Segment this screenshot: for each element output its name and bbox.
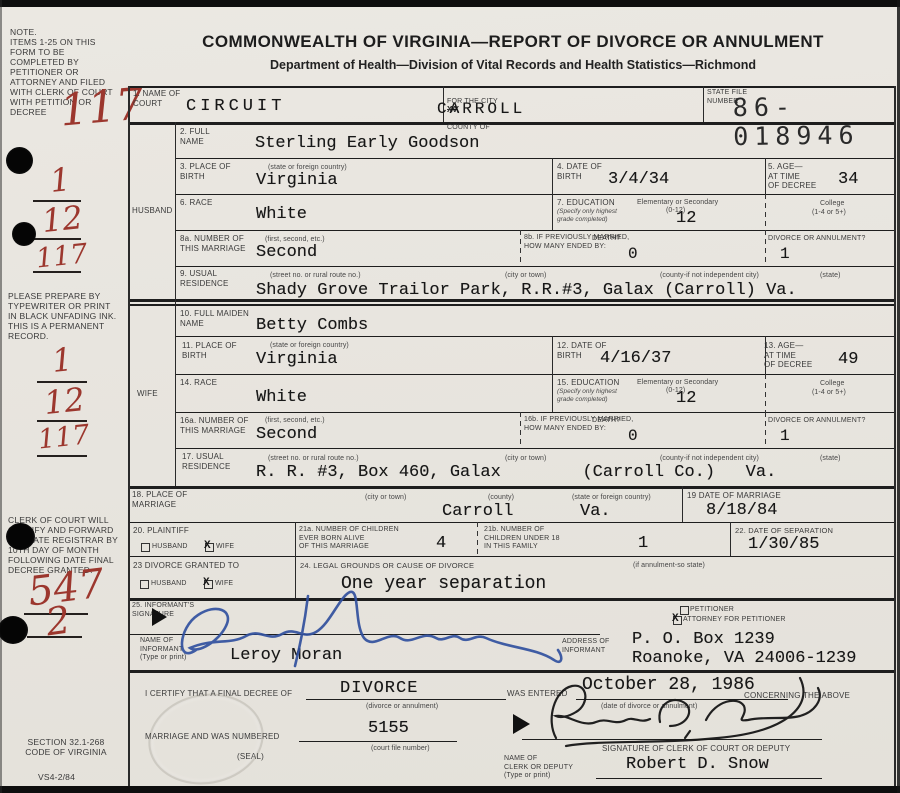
wife-birthplace-label: 11. PLACE OF BIRTH [182,341,237,360]
grid-line [175,158,896,159]
husband-marriage-number-label: 8a. NUMBER OF THIS MARRIAGE [180,234,246,253]
wife-marriage-number-hint: (first, second, etc.) [265,417,325,424]
grid-line [175,122,176,486]
informant-signature-handwriting [168,588,568,673]
husband-age-label: 5. AGE— AT TIME OF DECREE [768,162,816,191]
wife-section-label: WIFE [137,389,158,399]
grid-line [128,522,896,523]
grid-line [175,374,896,375]
decree-hint: (divorce or annulment) [366,703,438,710]
handwritten-number: 1 [48,163,72,197]
place-of-marriage-hint-county: (county) [488,494,514,501]
attorney-label: ATTORNEY FOR PETITIONER [683,616,786,625]
husband-residence-value: Shady Grove Trailor Park, R.R.#3, Galax … [256,281,797,300]
wife-divorce-ended-value: 1 [780,427,790,445]
husband-residence-hint-street: (street no. or rural route no.) [270,272,361,279]
wife-age-value: 49 [838,350,858,369]
scan-edge-top [0,0,900,7]
wife-residence-value: R. R. #3, Box 460, Galax (Carroll Co.) V… [256,463,776,482]
handwritten-underline [37,455,87,457]
grid-line [175,230,896,231]
wife-residence-hint-county: (county-if not independent city) [660,455,759,462]
punch-hole [12,222,36,246]
embossed-seal [141,685,271,793]
clerk-name-value: Robert D. Snow [626,755,769,774]
wife-education-label: 15. EDUCATION [557,378,619,388]
separation-date-value: 1/30/85 [748,535,819,554]
form-title: COMMONWEALTH OF VIRGINIA—REPORT OF DIVOR… [130,32,896,52]
wife-education-college-label: College [820,380,844,387]
clerk-name-underline [596,778,822,779]
clerk-name-label: NAME OF CLERK OR DEPUTY (Type or print) [504,755,573,781]
form-subtitle: Department of Health—Division of Vital R… [130,58,896,72]
plaintiff-label: 20. PLAINTIFF [133,526,189,536]
wife-name-value: Betty Combs [256,316,368,335]
wife-divorce-ended-label: DIVORCE OR ANNULMENT? [768,417,866,426]
marriage-state-value: Va. [580,502,611,521]
husband-marriage-number-value: Second [256,243,317,262]
county-value: CARROLL [437,100,525,118]
husband-education-label: 7. EDUCATION [557,198,615,208]
scan-edge-bottom [0,786,900,793]
court-label: 1. NAME OF COURT [133,89,180,108]
husband-race-label: 6. RACE [180,198,213,208]
plaintiff-wife-checkmark: X [204,540,211,552]
margin-note-typewriter: PLEASE PREPARE BY TYPEWRITER OR PRINT IN… [8,291,128,341]
children-under18-label: 21b. NUMBER OF CHILDREN UNDER 18 IN THIS… [484,526,560,552]
handwritten-number: 12 [40,201,84,237]
city-county-label-post: COUNTY OF [447,124,490,131]
grid-line [520,230,521,266]
decree-underline [306,699,506,700]
wife-race-value: White [256,388,307,407]
informant-address-line2: Roanoke, VA 24006-1239 [632,649,856,668]
children-born-value: 4 [436,534,446,553]
handwritten-number: 1 [50,343,74,377]
grid-line [730,522,731,556]
arrow-right-icon [152,608,167,626]
state-file-number: 86-018946 [733,91,900,151]
wife-birthplace-hint: (state or foreign country) [270,342,349,349]
grid-line [128,304,896,306]
wife-marriage-number-label: 16a. NUMBER OF THIS MARRIAGE [180,416,249,435]
plaintiff-wife-label: WIFE [216,543,234,552]
wife-death-label: DEATH? [592,417,620,426]
number-hint: (court file number) [371,745,430,752]
husband-death-label: DEATH? [592,235,620,244]
husband-birthdate-value: 3/4/34 [608,170,669,189]
husband-education-hint: (Specify only highest grade completed) [557,208,617,224]
arrow-right-icon [513,714,530,734]
husband-race-value: White [256,205,307,224]
handwritten-number: 117 [35,240,89,272]
children-under18-value: 1 [638,534,648,553]
wife-marriage-number-value: Second [256,425,317,444]
grid-line [520,412,521,448]
informant-address-label: ADDRESS OF INFORMANT [562,638,610,655]
granted-to-label: 23 DIVORCE GRANTED TO [133,561,239,571]
grid-line [682,486,683,522]
attorney-checkmark: X [672,613,679,625]
husband-residence-hint-county: (county-if not independent city) [660,272,759,279]
wife-education-hint: (Specify only highest grade completed) [557,388,617,404]
husband-name-label: 2. FULL NAME [180,127,210,146]
decree-value: DIVORCE [340,679,418,698]
handwritten-number: 117 [37,421,91,453]
husband-residence-hint-city: (city or town) [505,272,546,279]
clerk-signature-handwriting [538,676,828,754]
wife-education-elem-label: Elementary or Secondary [637,379,718,386]
husband-marriage-number-hint: (first, second, etc.) [265,236,325,243]
court-value: CIRCUIT [186,97,285,116]
petitioner-checkbox [680,606,689,615]
grid-line [175,266,896,267]
husband-education-elem-label: Elementary or Secondary [637,199,718,206]
grounds-hint: (if annulment-so state) [633,562,705,569]
scan-edge-left [0,0,2,793]
grid-line [175,336,896,337]
husband-birthplace-value: Virginia [256,171,338,190]
husband-residence-label: 9. USUAL RESIDENCE [180,269,228,288]
grid-line [894,86,896,786]
grid-line [295,522,296,598]
grid-line [765,194,766,230]
husband-birthdate-label: 4. DATE OF BIRTH [557,162,602,181]
informant-address-line1: P. O. Box 1239 [632,630,775,649]
wife-residence-hint-state: (state) [820,455,841,462]
grounds-label: 24. LEGAL GROUNDS OR CAUSE OF DIVORCE [300,561,474,571]
code-section-ref: SECTION 32.1-268 CODE OF VIRGINIA [14,737,118,757]
grid-line [765,412,766,448]
wife-residence-hint-city: (city or town) [505,455,546,462]
place-of-marriage-hint-state: (state or foreign country) [572,494,651,501]
grid-line [552,336,553,412]
wife-education-college-range: (1-4 or 5+) [812,389,846,396]
wife-death-value: 0 [628,427,638,445]
handwritten-underline [33,271,81,273]
grid-line [128,556,896,557]
plaintiff-husband-checkbox [141,543,150,552]
plaintiff-husband-label: HUSBAND [152,543,188,552]
husband-birthplace-hint: (state or foreign country) [268,164,347,171]
husband-section-label: HUSBAND [132,206,173,216]
number-value: 5155 [368,719,409,738]
children-born-label: 21a. NUMBER OF CHILDREN EVER BORN ALIVE … [299,526,399,552]
grid-line [175,448,896,449]
marriage-county-value: Carroll [442,502,513,521]
husband-death-value: 0 [628,245,638,263]
grid-line [477,522,478,556]
grid-line [128,86,130,786]
grid-line [175,194,896,195]
grid-line [765,230,766,266]
divorce-report-form: NOTE. ITEMS 1-25 ON THIS FORM TO BE COMP… [0,0,900,793]
husband-birthplace-label: 3. PLACE OF BIRTH [180,162,231,181]
grid-line [128,86,896,88]
husband-education-college-label: College [820,200,844,207]
husband-divorce-ended-label: DIVORCE OR ANNULMENT? [768,235,866,244]
punch-hole [0,616,28,644]
husband-residence-hint-state: (state) [820,272,841,279]
handwritten-number: 12 [42,383,86,419]
handwritten-underline [27,636,82,638]
petitioner-label: PETITIONER [690,606,734,615]
wife-birthdate-value: 4/16/37 [600,349,671,368]
wife-education-elem-value: 12 [676,389,696,408]
form-code: VS4-2/84 [38,773,75,783]
grid-line [765,158,766,194]
number-underline [299,741,457,742]
grid-line [175,412,896,413]
date-of-marriage-label: 19 DATE OF MARRIAGE [687,491,781,501]
grid-line [703,86,704,122]
punch-hole [6,147,33,174]
grid-line [128,486,896,489]
place-of-marriage-label: 18. PLACE OF MARRIAGE [132,490,187,509]
husband-name-value: Sterling Early Goodson [255,134,479,153]
wife-name-label: 10. FULL MAIDEN NAME [180,309,249,328]
granted-husband-checkbox [140,580,149,589]
punch-hole [6,523,35,550]
wife-residence-label: 17. USUAL RESIDENCE [182,452,230,471]
husband-age-value: 34 [838,170,858,189]
wife-birthplace-value: Virginia [256,350,338,369]
grid-line [552,158,553,230]
husband-divorce-ended-value: 1 [780,245,790,263]
wife-race-label: 14. RACE [180,378,217,388]
date-of-marriage-value: 8/18/84 [706,501,777,520]
husband-education-college-range: (1-4 or 5+) [812,209,846,216]
wife-residence-hint-street: (street no. or rural route no.) [268,455,359,462]
husband-education-elem-value: 12 [676,209,696,228]
place-of-marriage-hint-city: (city or town) [365,494,406,501]
grid-line [765,374,766,412]
wife-age-label: 13. AGE— AT TIME OF DECREE [764,341,812,370]
